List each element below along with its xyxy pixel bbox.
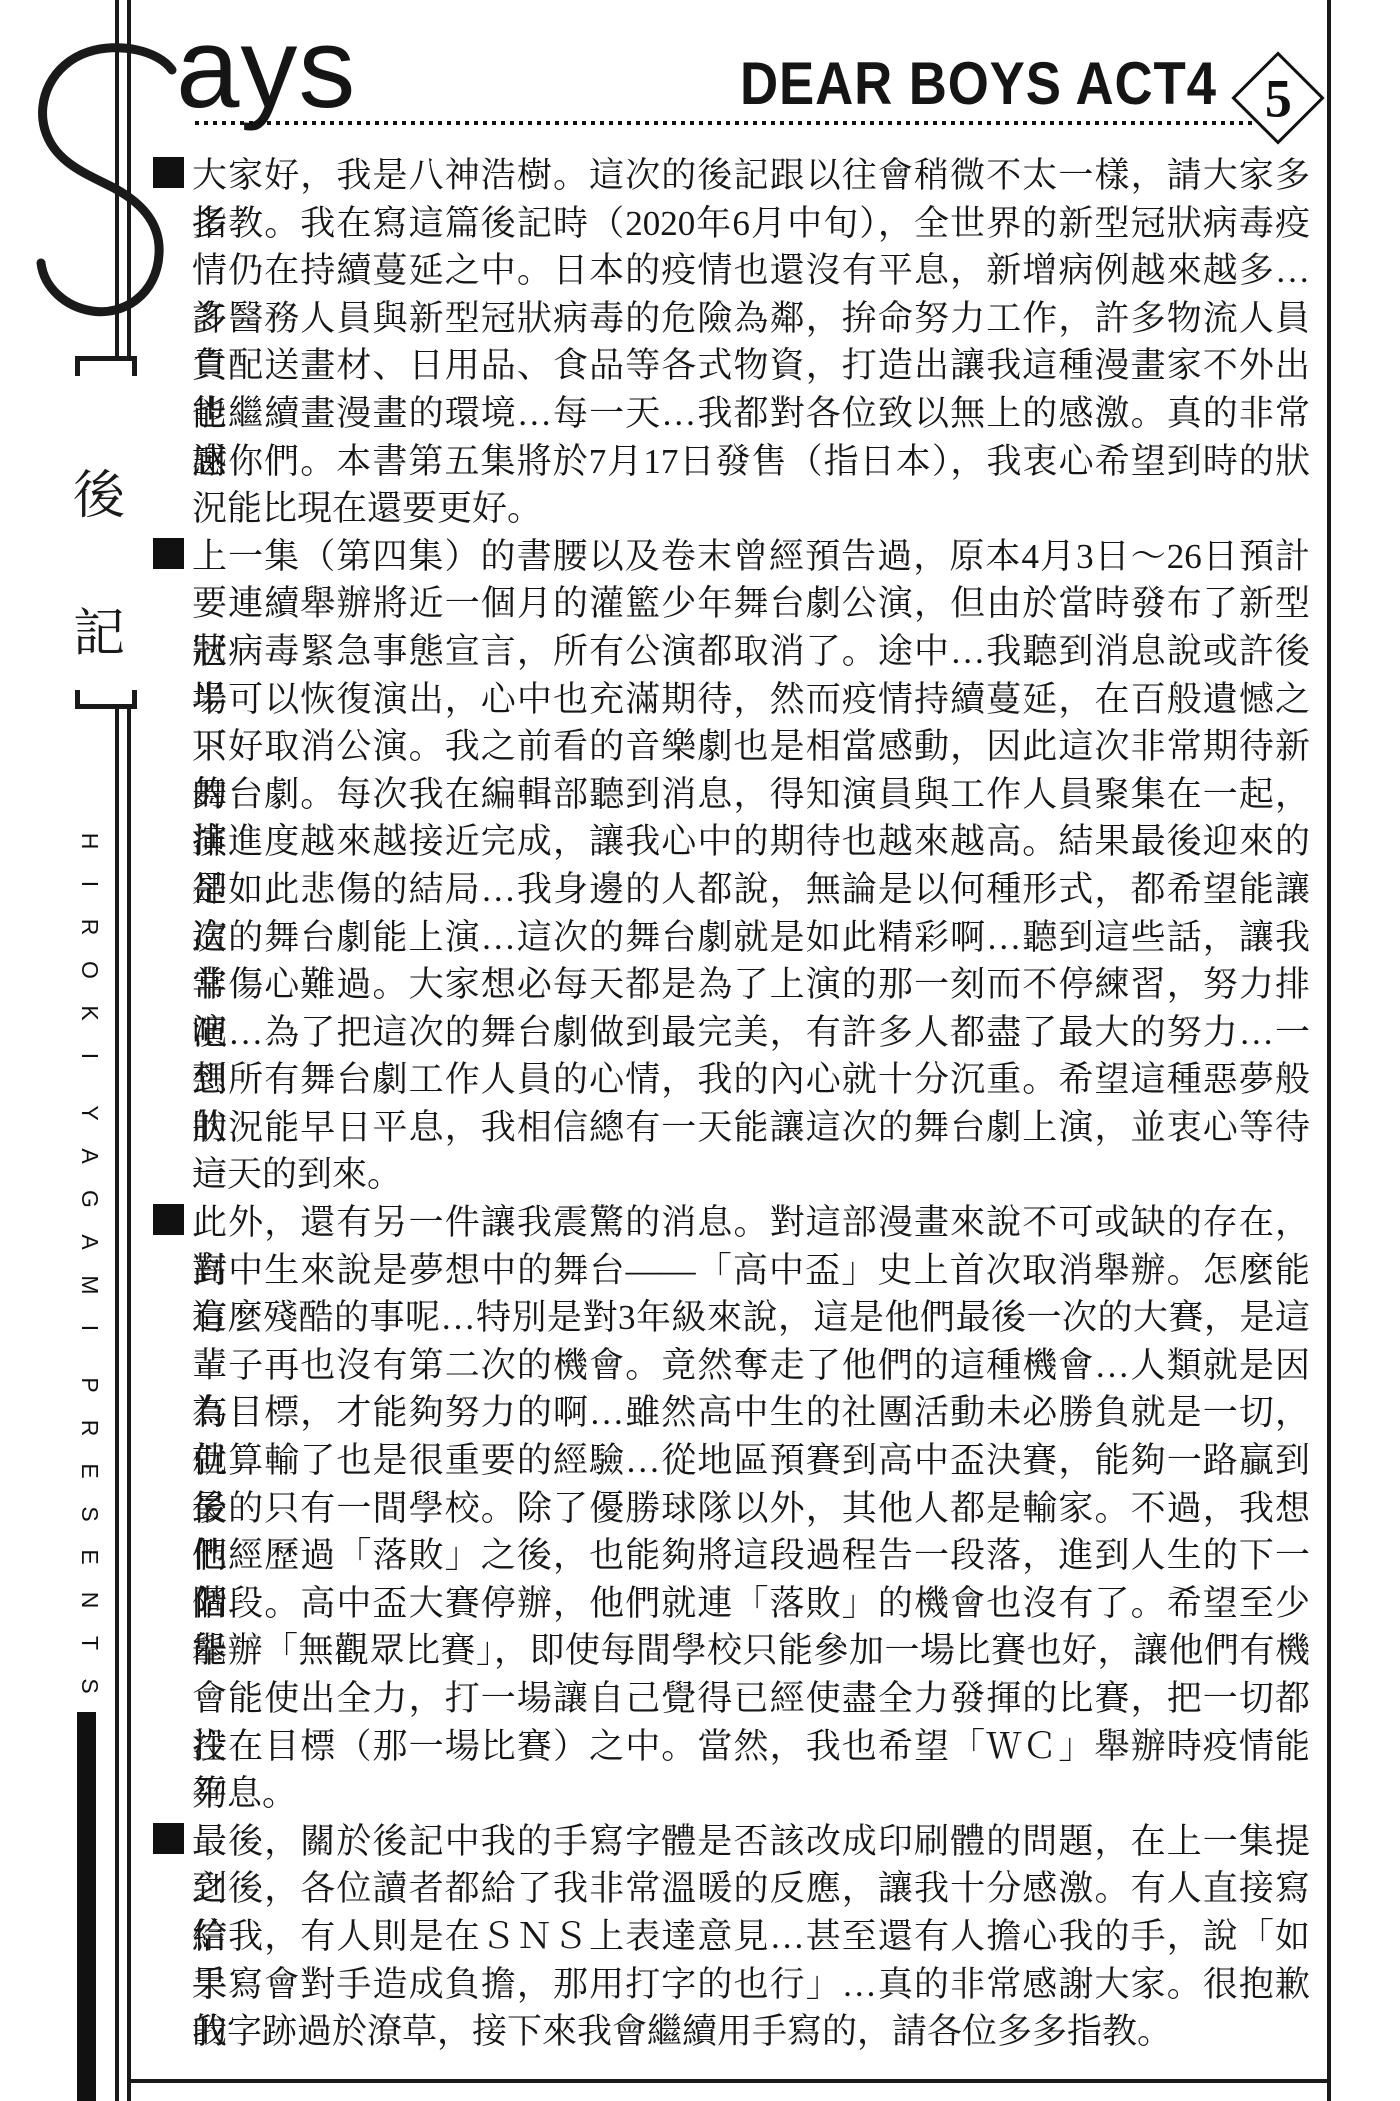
text-line: 後的只有一間學校。除了優勝球隊以外，其他人都是輸家。不過，我想他 [192,1485,1310,1533]
text-line: 們經歷過「落敗」之後，也能夠將這段過程告一段落，進到人生的下一個 [192,1532,1310,1580]
text-line: 狀病毒緊急事態宣言，所有公演都取消了。途中…我聽到消息說或許後半 [192,628,1310,676]
credit-letter: E [77,1458,103,1484]
left-double-rule-bottom [115,709,119,2101]
credit-letter: I [77,1043,103,1069]
bracket-head-ornament [75,704,137,709]
credit-letter: R [77,914,103,940]
afterword-text: 大家好，我是八神浩樹。這次的後記跟以往會稍微不太一樣，請大家多多指教。我在寫這篇… [153,152,1310,2056]
credit-letter: O [77,957,103,983]
credit-letter: N [77,1587,103,1613]
bracket-head-ornament [132,690,137,705]
sidebar-kanji-afterword-1: 後 [73,471,125,523]
credit-letter: Y [77,1100,103,1126]
credit-column: HIROKIYAGAMIPRESENTS [76,828,104,1700]
text-line: 之後，各位讀者都給了我非常溫暖的反應，讓我十分感激。有人直接寫信 [192,1865,1310,1913]
text-line: 只好取消公演。我之前看的音樂劇也是相當感動，因此這次非常期待新的 [192,723,1310,771]
credit-letter: E [77,1544,103,1570]
bracket-foot-ornament [75,356,137,361]
frame-left-border-bottom [127,709,131,2101]
text-line: 大家好，我是八神浩樹。這次的後記跟以往會稍微不太一樣，請大家多多 [192,152,1310,200]
text-line: 多醫務人員與新型冠狀病毒的危險為鄰，拚命努力工作，許多物流人員負 [192,295,1310,343]
text-line: 場可以恢復演出，心中也充滿期待，然而疫情持續蔓延，在百般遺憾之下 [192,676,1310,724]
text-line: 高中生來說是夢想中的舞台——「高中盃」史上首次取消舉辦。怎麼能有 [192,1247,1310,1295]
text-line: 狀況能早日平息，我相信總有一天能讓這次的舞台劇上演，並衷心等待這 [192,1104,1310,1152]
bracket-foot-ornament [75,361,80,376]
text-line: 到所有舞台劇工作人員的心情，我的內心就十分沉重。希望這種惡夢般的 [192,1056,1310,1104]
text-line: 此外，還有另一件讓我震驚的消息。對這部漫畫來說不可或缺的存在，對 [192,1199,1310,1247]
volume-number: 5 [1265,71,1292,125]
paragraph: 上一集（第四集）的書腰以及卷末曾經預告過，原本4月3日～26日預計要連續舉辦將近… [153,533,1310,1199]
credit-letter: K [77,1000,103,1026]
text-line: 輩子再也沒有第二次的機會。竟然奪走了他們的這種機會…人類就是因為 [192,1342,1310,1390]
paragraph-bullet [153,157,184,188]
text-line: 的字跡過於潦草，接下來我會繼續用手寫的，請各位多多指教。 [192,2008,1310,2056]
text-line: 一天的到來。 [192,1151,1310,1199]
text-line: 平息。 [192,1770,1310,1818]
credit-letter: A [77,1229,103,1255]
text-line: 謝你們。本書第五集將於7月17日發售（指日本），我衷心希望到時的狀 [192,438,1310,486]
says-logo-text: ays [176,12,356,126]
text-line: 這麼殘酷的事呢…特別是對3年級來說，這是他們最後一次的大賽，是這 [192,1294,1310,1342]
credit-letter: I [77,871,103,897]
credit-letter: G [77,1186,103,1212]
series-title: DEAR BOYS ACT4 [740,54,1217,114]
credit-letter: R [77,1415,103,1441]
text-line: 手寫會對手造成負擔，那用打字的也行」…真的非常感謝大家。很抱歉我 [192,1961,1310,2009]
text-line: 常傷心難過。大家想必每天都是為了上演的那一刻而不停練習，努力排演 [192,961,1310,1009]
credit-letter: M [77,1272,103,1298]
bracket-foot-ornament [132,361,137,376]
credit-letter: S [77,1501,103,1527]
text-line: 舉辦「無觀眾比賽」，即使每間學校只能參加一場比賽也好，讓他們有機 [192,1627,1310,1675]
text-line: 就算輸了也是很重要的經驗…從地區預賽到高中盃決賽，能夠一路贏到最 [192,1437,1310,1485]
volume-badge-diamond: 5 [1231,51,1324,144]
paragraph-bullet [153,1204,184,1235]
paragraph-bullet [153,538,184,569]
text-line: 有目標，才能夠努力的啊…雖然高中生的社團活動未必勝負就是一切，但 [192,1389,1310,1437]
frame-right-border [1327,0,1331,2101]
credit-letter: S [77,1673,103,1699]
credit-letter: H [77,828,103,854]
text-line: 責配送畫材、日用品、食品等各式物資，打造出讓我這種漫畫家不外出也 [192,342,1310,390]
text-line: 能繼續畫漫畫的環境…每一天…我都對各位致以無上的感激。真的非常感 [192,390,1310,438]
paragraph: 最後，關於後記中我的手寫字體是否該改成印刷體的問題，在上一集提到之後，各位讀者都… [153,1818,1310,2056]
paragraph: 此外，還有另一件讓我震驚的消息。對這部漫畫來說不可或缺的存在，對高中生來說是夢想… [153,1199,1310,1818]
frame-bottom-border [127,2079,1330,2083]
text-line: 階段。高中盃大賽停辦，他們就連「落敗」的機會也沒有了。希望至少能 [192,1580,1310,1628]
text-line: 舞台劇。每次我在編輯部聽到消息，得知演員與工作人員聚集在一起，排 [192,771,1310,819]
text-line: 是如此悲傷的結局…我身邊的人都說，無論是以何種形式，都希望能讓這 [192,866,1310,914]
text-line: 演進度越來越接近完成，讓我心中的期待也越來越高。結果最後迎來的卻 [192,818,1310,866]
text-line: 注在目標（那一場比賽）之中。當然，我也希望「ＷＣ」舉辦時疫情能夠 [192,1723,1310,1771]
sidebar-kanji-afterword-2: 記 [73,609,125,661]
sidebar-black-bar [77,1712,96,2101]
text-line: 最後，關於後記中我的手寫字體是否該改成印刷體的問題，在上一集提到 [192,1818,1310,1866]
text-line: 給我，有人則是在ＳＮＳ上表達意見…甚至還有人擔心我的手，說「如果 [192,1913,1310,1961]
text-line: 次的舞台劇能上演…這次的舞台劇就是如此精彩啊…聽到這些話，讓我非 [192,914,1310,962]
text-line: 上一集（第四集）的書腰以及卷末曾經預告過，原本4月3日～26日預計 [192,533,1310,581]
text-line: 情仍在持續蔓延之中。日本的疫情也還沒有平息，新增病例越來越多…許 [192,247,1310,295]
text-line: 況能比現在還要更好。 [192,485,1310,533]
credit-letter: A [77,1143,103,1169]
bracket-head-ornament [75,690,80,705]
text-line: 要連續舉辦將近一個月的灌籃少年舞台劇公演，但由於當時發布了新型冠 [192,580,1310,628]
text-line: 指教。我在寫這篇後記時（2020年6月中旬），全世界的新型冠狀病毒疫 [192,200,1310,248]
text-line: 會能使出全力，打一場讓自己覺得已經使盡全力發揮的比賽，把一切都投 [192,1675,1310,1723]
credit-letter: T [77,1630,103,1656]
credit-letter: I [77,1315,103,1341]
paragraph: 大家好，我是八神浩樹。這次的後記跟以往會稍微不太一樣，請大家多多指教。我在寫這篇… [153,152,1310,533]
header-dotted-rule [195,121,1252,125]
text-line: 吧…為了把這次的舞台劇做到最完美，有許多人都盡了最大的努力…一想 [192,1009,1310,1057]
paragraph-bullet [153,1823,184,1854]
credit-letter: P [77,1372,103,1398]
